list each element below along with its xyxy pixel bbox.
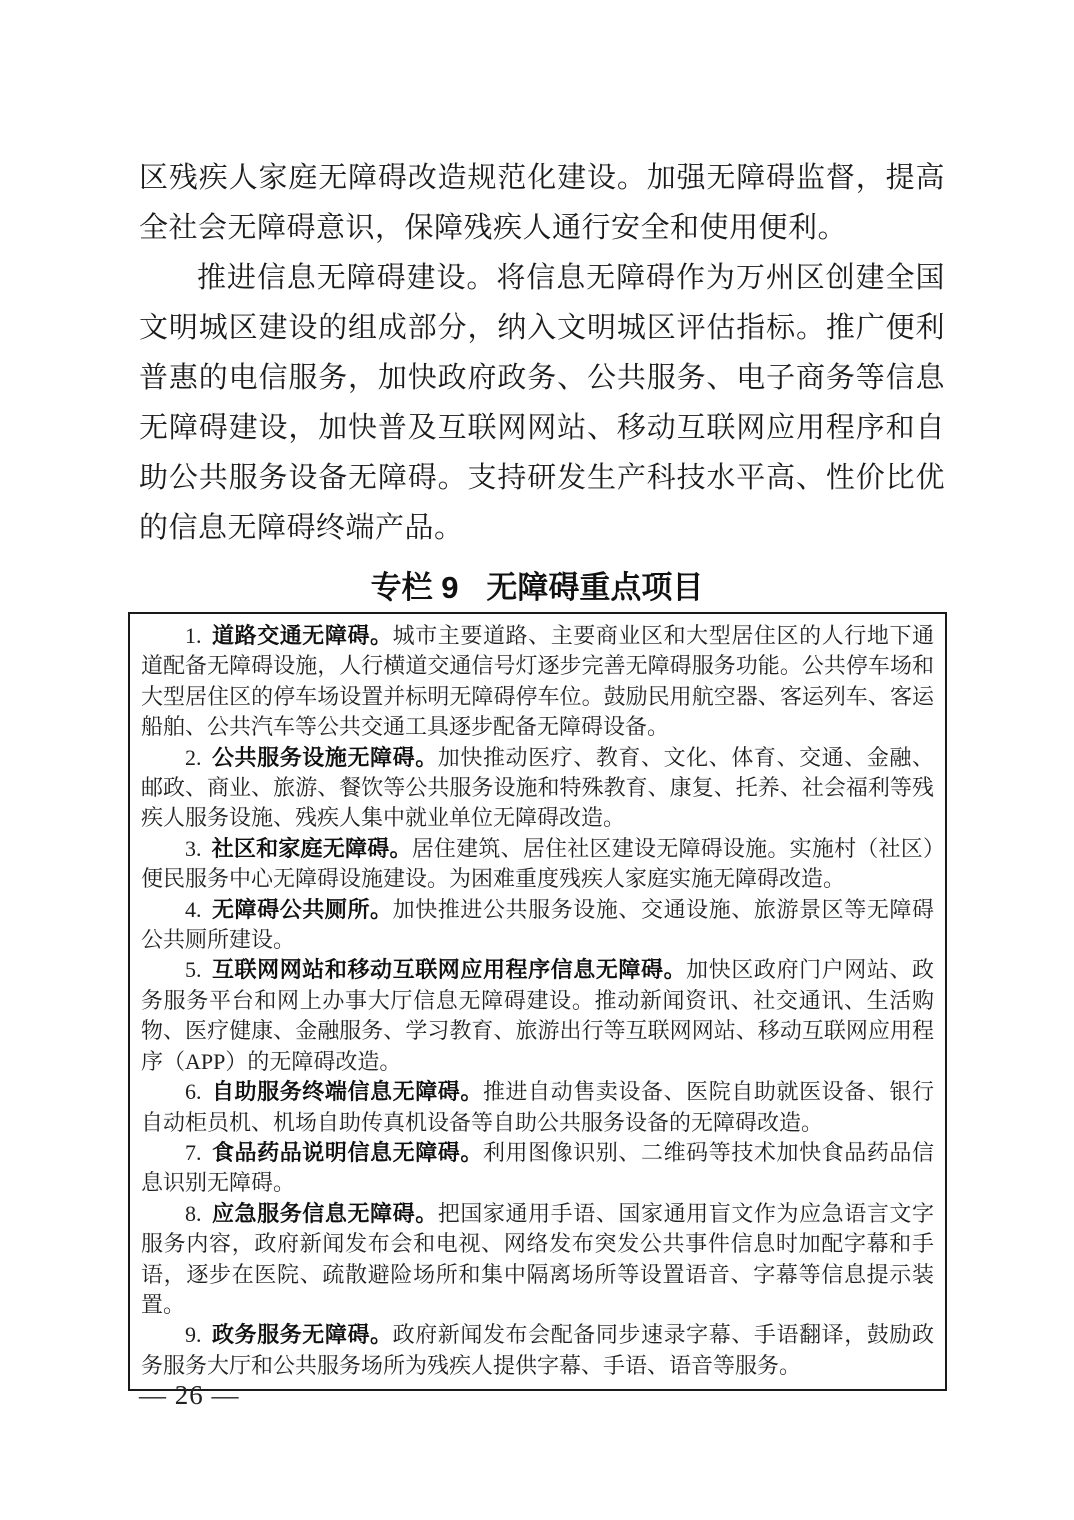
box-item: 3.社区和家庭无障碍。居住建筑、居住社区建设无障碍设施。实施村（社区）便民服务中… — [141, 834, 934, 895]
item-number: 6. — [185, 1079, 202, 1104]
box-item-list: 1.道路交通无障碍。城市主要道路、主要商业区和大型居住区的人行地下通道配备无障碍… — [141, 621, 934, 1381]
box-item: 9.政务服务无障碍。政府新闻发布会配备同步速录字幕、手语翻译，鼓励政务服务大厅和… — [141, 1320, 934, 1381]
box-item: 5.互联网网站和移动互联网应用程序信息无障碍。加快区政府门户网站、政务服务平台和… — [141, 955, 934, 1077]
box-title: 专栏 9无障碍重点项目 — [0, 568, 1074, 608]
document-page: 区残疾人家庭无障碍改造规范化建设。加强无障碍监督，提高全社会无障碍意识，保障残疾… — [0, 0, 1074, 1520]
item-number: 9. — [185, 1322, 202, 1347]
box-item: 6.自助服务终端信息无障碍。推进自动售卖设备、医院自助就医设备、银行自动柜员机、… — [141, 1077, 934, 1138]
body-text: 区残疾人家庭无障碍改造规范化建设。加强无障碍监督，提高全社会无障碍意识，保障残疾… — [139, 153, 945, 553]
item-title: 社区和家庭无障碍。 — [211, 836, 411, 861]
item-title: 食品药品说明信息无障碍。 — [211, 1140, 483, 1165]
item-title: 道路交通无障碍。 — [211, 623, 392, 648]
page-number: — 26 — — [139, 1380, 240, 1410]
item-number: 3. — [185, 836, 202, 861]
box-title-text: 无障碍重点项目 — [486, 570, 703, 605]
page-footer: — 26 — — [139, 1378, 240, 1412]
item-title: 公共服务设施无障碍。 — [211, 745, 437, 770]
item-number: 4. — [185, 897, 202, 922]
item-title: 政务服务无障碍。 — [211, 1322, 392, 1347]
item-number: 7. — [185, 1140, 202, 1165]
body-paragraph-1: 区残疾人家庭无障碍改造规范化建设。加强无障碍监督，提高全社会无障碍意识，保障残疾… — [139, 153, 945, 253]
body-paragraph-2: 推进信息无障碍建设。将信息无障碍作为万州区创建全国文明城区建设的组成部分，纳入文… — [139, 253, 945, 553]
item-title: 应急服务信息无障碍。 — [211, 1201, 437, 1226]
box-item: 2.公共服务设施无障碍。加快推动医疗、教育、文化、体育、交通、金融、邮政、商业、… — [141, 743, 934, 834]
box-item: 7.食品药品说明信息无障碍。利用图像识别、二维码等技术加快食品药品信息识别无障碍… — [141, 1138, 934, 1199]
item-title: 无障碍公共厕所。 — [211, 897, 392, 922]
box-title-label: 专栏 9 — [371, 570, 459, 605]
item-number: 8. — [185, 1201, 202, 1226]
highlight-box: 1.道路交通无障碍。城市主要道路、主要商业区和大型居住区的人行地下通道配备无障碍… — [128, 612, 947, 1391]
item-number: 5. — [185, 957, 202, 982]
box-item: 4.无障碍公共厕所。加快推进公共服务设施、交通设施、旅游景区等无障碍公共厕所建设… — [141, 895, 934, 956]
item-title: 自助服务终端信息无障碍。 — [211, 1079, 483, 1104]
box-item: 1.道路交通无障碍。城市主要道路、主要商业区和大型居住区的人行地下通道配备无障碍… — [141, 621, 934, 743]
box-item: 8.应急服务信息无障碍。把国家通用手语、国家通用盲文作为应急语言文字服务内容，政… — [141, 1199, 934, 1321]
item-title: 互联网网站和移动互联网应用程序信息无障碍。 — [211, 957, 686, 982]
item-number: 2. — [185, 745, 202, 770]
item-number: 1. — [185, 623, 202, 648]
